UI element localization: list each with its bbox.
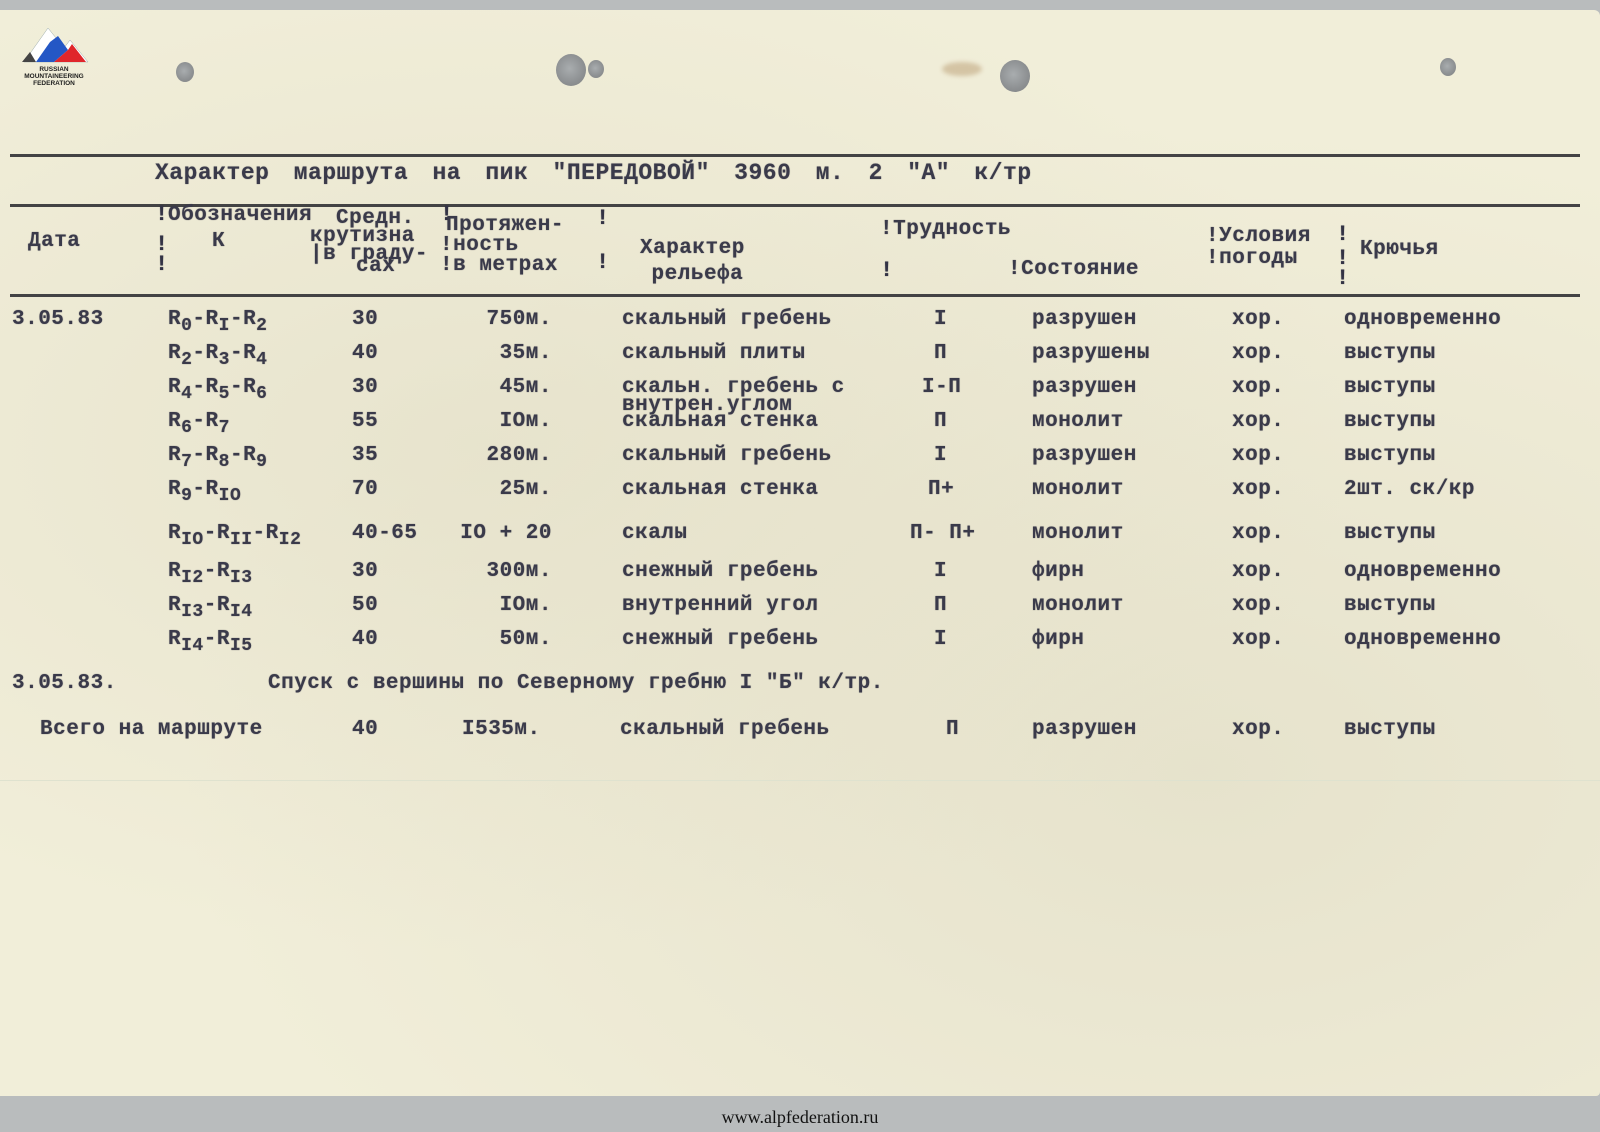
row-weather: хор.: [1232, 444, 1284, 467]
column-separator: !: [880, 258, 894, 283]
row-difficulty: I-П: [922, 376, 961, 399]
row-steepness: 55: [352, 410, 378, 433]
total-weather: хор.: [1232, 718, 1284, 741]
row-pitons: выступы: [1344, 342, 1436, 365]
row-relief: снежный гребень: [622, 628, 819, 651]
document-paper: RUSSIAN MOUNTAINEERING FEDERATION Характ…: [0, 10, 1600, 1096]
column-separator: !: [155, 252, 169, 277]
punch-hole: [556, 54, 586, 86]
row-condition: разрушен: [1032, 308, 1137, 331]
row-designation: RI4-RI5: [168, 628, 253, 656]
row-pitons: выступы: [1344, 444, 1436, 467]
row-pitons: выступы: [1344, 594, 1436, 617]
row-length: IO + 20: [460, 522, 552, 545]
document-title: Характер маршрута на пик "ПЕРЕДОВОЙ" 396…: [155, 160, 1032, 186]
total-pitons: выступы: [1344, 718, 1436, 741]
row-weather: хор.: [1232, 376, 1284, 399]
row-designation: R6-R7: [168, 410, 230, 438]
row-weather: хор.: [1232, 342, 1284, 365]
row-steepness: 30: [352, 376, 378, 399]
row-difficulty: П: [934, 594, 947, 617]
total-relief: скальный гребень: [620, 718, 830, 741]
header-weather: !Условия !погоды: [1206, 226, 1311, 270]
row-relief: скальная стенка: [622, 410, 819, 433]
header-designation-k: К: [212, 232, 225, 252]
row-pitons: выступы: [1344, 522, 1436, 545]
row-weather: хор.: [1232, 560, 1284, 583]
row-length: 35м.: [500, 342, 552, 365]
row-steepness: 50: [352, 594, 378, 617]
column-separator: !: [596, 206, 610, 231]
row-weather: хор.: [1232, 478, 1284, 501]
row-difficulty: I: [934, 560, 947, 583]
descent-text: Спуск с вершины по Северному гребню I "Б…: [268, 672, 884, 695]
row-designation: R4-R5-R6: [168, 376, 267, 404]
row-pitons: выступы: [1344, 410, 1436, 433]
total-label: Всего на маршруте: [40, 718, 263, 741]
rule-faint: [0, 780, 1600, 781]
row-steepness: 30: [352, 308, 378, 331]
header-difficulty: !Трудность: [880, 220, 1011, 240]
row-steepness: 70: [352, 478, 378, 501]
column-separator: !: [1336, 266, 1350, 291]
header-date: Дата: [28, 232, 80, 252]
column-separator: !: [155, 202, 169, 227]
row-condition: разрушен: [1032, 444, 1137, 467]
row-designation: R7-R8-R9: [168, 444, 267, 472]
row-weather: хор.: [1232, 308, 1284, 331]
header-steepness: Средн. крутизна |в граду- сах: [310, 210, 428, 276]
column-separator: !: [596, 250, 610, 275]
row-difficulty: П: [934, 410, 947, 433]
row-difficulty: I: [934, 628, 947, 651]
row-designation: RI3-RI4: [168, 594, 253, 622]
row-steepness: 35: [352, 444, 378, 467]
logo-caption: RUSSIAN MOUNTAINEERING FEDERATION: [6, 66, 102, 87]
row-designation: R2-R3-R4: [168, 342, 267, 370]
row-steepness: 40-65: [352, 522, 418, 545]
stain: [942, 62, 982, 76]
row-pitons: выступы: [1344, 376, 1436, 399]
row-condition: фирн: [1032, 560, 1084, 583]
row-steepness: 30: [352, 560, 378, 583]
punch-hole: [176, 62, 194, 82]
row-relief: скальная стенка: [622, 478, 819, 501]
row-weather: хор.: [1232, 594, 1284, 617]
row-pitons: одновременно: [1344, 560, 1501, 583]
punch-hole: [1000, 60, 1030, 92]
footer-url[interactable]: www.alpfederation.ru: [0, 1107, 1600, 1128]
row-designation: R9-RIO: [168, 478, 241, 506]
row-relief: скальный гребень: [622, 444, 832, 467]
row-relief: скалы: [622, 522, 688, 545]
federation-logo: RUSSIAN MOUNTAINEERING FEDERATION: [6, 22, 102, 94]
row-weather: хор.: [1232, 522, 1284, 545]
header-relief: Характер рельефа: [640, 232, 745, 292]
row-designation: R0-RI-R2: [168, 308, 267, 336]
row-pitons: одновременно: [1344, 628, 1501, 651]
row-weather: хор.: [1232, 410, 1284, 433]
row-difficulty: П: [934, 342, 947, 365]
descent-date: 3.05.83.: [12, 672, 117, 695]
row-relief: скальный плиты: [622, 342, 805, 365]
row-condition: разрушен: [1032, 376, 1137, 399]
row-condition: фирн: [1032, 628, 1084, 651]
row-relief: внутренний угол: [622, 594, 819, 617]
row-difficulty: П- П+: [910, 522, 976, 545]
row-length: IOм.: [500, 594, 552, 617]
row-relief: снежный гребень: [622, 560, 819, 583]
row-length: 300м.: [486, 560, 552, 583]
row-length: IOм.: [500, 410, 552, 433]
header-designation: Обозначения: [168, 206, 312, 226]
row-designation: RIO-RII-RI2: [168, 522, 301, 550]
row-condition: монолит: [1032, 410, 1124, 433]
row-length: 50м.: [500, 628, 552, 651]
total-steepness: 40: [352, 718, 378, 741]
total-length: I535м.: [462, 718, 541, 741]
total-condition: разрушен: [1032, 718, 1137, 741]
punch-hole: [1440, 58, 1456, 76]
rule-header-bottom: [10, 294, 1580, 297]
header-length: Протяжен- !ность !в метрах: [440, 216, 564, 276]
row-length: 280м.: [486, 444, 552, 467]
row-steepness: 40: [352, 628, 378, 651]
row-weather: хор.: [1232, 628, 1284, 651]
column-separator: !: [1336, 222, 1350, 247]
row-length: 25м.: [500, 478, 552, 501]
punch-hole: [588, 60, 604, 78]
row-difficulty: I: [934, 308, 947, 331]
header-pitons: Крючья: [1360, 240, 1439, 260]
row-condition: разрушены: [1032, 342, 1150, 365]
row-date: 3.05.83: [12, 308, 104, 331]
row-length: 45м.: [500, 376, 552, 399]
row-steepness: 40: [352, 342, 378, 365]
row-length: 750м.: [486, 308, 552, 331]
row-designation: RI2-RI3: [168, 560, 253, 588]
total-difficulty: П: [946, 718, 959, 741]
rule-top: [10, 154, 1580, 157]
mountain-flag-icon: [6, 22, 102, 66]
row-condition: монолит: [1032, 478, 1124, 501]
row-pitons: одновременно: [1344, 308, 1501, 331]
row-difficulty: П+: [928, 478, 954, 501]
row-condition: монолит: [1032, 522, 1124, 545]
row-relief: скальный гребень: [622, 308, 832, 331]
header-condition: !Состояние: [1008, 260, 1139, 280]
row-condition: монолит: [1032, 594, 1124, 617]
row-difficulty: I: [934, 444, 947, 467]
row-pitons: 2шт. ск/кр: [1344, 478, 1475, 501]
